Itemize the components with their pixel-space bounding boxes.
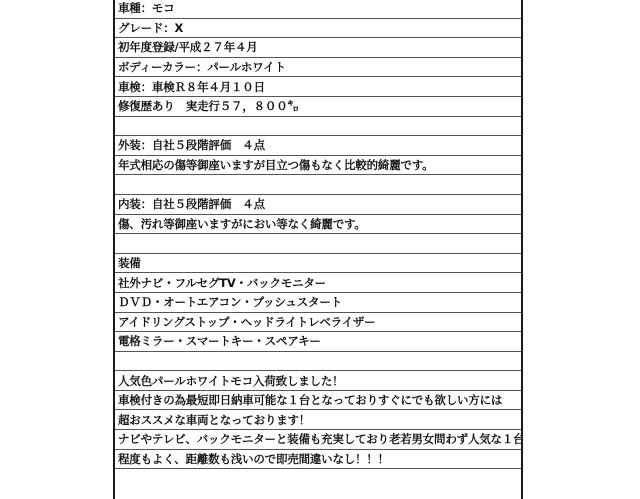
row-promo-5: 程度もよく、距離数も浅いので即売間違いなし！！！ (115, 450, 521, 470)
row-promo-2: 車検付きの為最短即日納車可能な１台となっておりすぐにでも欲しい方には (115, 391, 521, 411)
row-blank (115, 175, 521, 195)
row-promo-3: 超おススメな車両となっております！ (115, 410, 521, 430)
row-equipment-1: 社外ナビ・フルセグTV・バックモニター (115, 273, 521, 293)
row-equipment-heading: 装備 (115, 254, 521, 274)
row-promo-4: ナビやテレビ、バックモニターと装備も充実しており老若男女問わず人気な１台！ (115, 430, 521, 450)
row-exterior-note: 年式相応の傷等御座いますが目立つ傷もなく比較的綺麗です。 (115, 156, 521, 176)
row-model: 車種：モコ (115, 0, 521, 19)
row-first-registration: 初年度登録/平成２７年４月 (115, 38, 521, 58)
row-blank (115, 234, 521, 254)
row-grade: グレード：X (115, 19, 521, 39)
row-blank (115, 117, 521, 137)
row-promo-1: 人気色パールホワイトモコ入荷致しました！ (115, 371, 521, 391)
row-blank (115, 352, 521, 372)
row-interior-note: 傷、汚れ等御座いますがにおい等なく綺麗です。 (115, 215, 521, 235)
row-inspection: 車検：車検Ｒ８年４月１０日 (115, 77, 521, 97)
row-exterior-rating: 外装：自社５段階評価 ４点 (115, 136, 521, 156)
row-equipment-4: 電格ミラー・スマートキー・スペアキー (115, 332, 521, 352)
row-equipment-2: ＤＶＤ・オートエアコン・プッシュスタート (115, 293, 521, 313)
row-equipment-3: アイドリングストップ・ヘッドライトレベライザー (115, 313, 521, 333)
row-interior-rating: 内装：自社５段階評価 ４点 (115, 195, 521, 215)
row-body-color: ボディーカラー：パールホワイト (115, 58, 521, 78)
vehicle-spec-sheet: 車種：モコ グレード：X 初年度登録/平成２７年４月 ボディーカラー：パールホワ… (113, 0, 523, 480)
row-repair-mileage: 修復歴あり 実走行５７，８００㌔ (115, 97, 521, 117)
row-blank (115, 469, 521, 480)
